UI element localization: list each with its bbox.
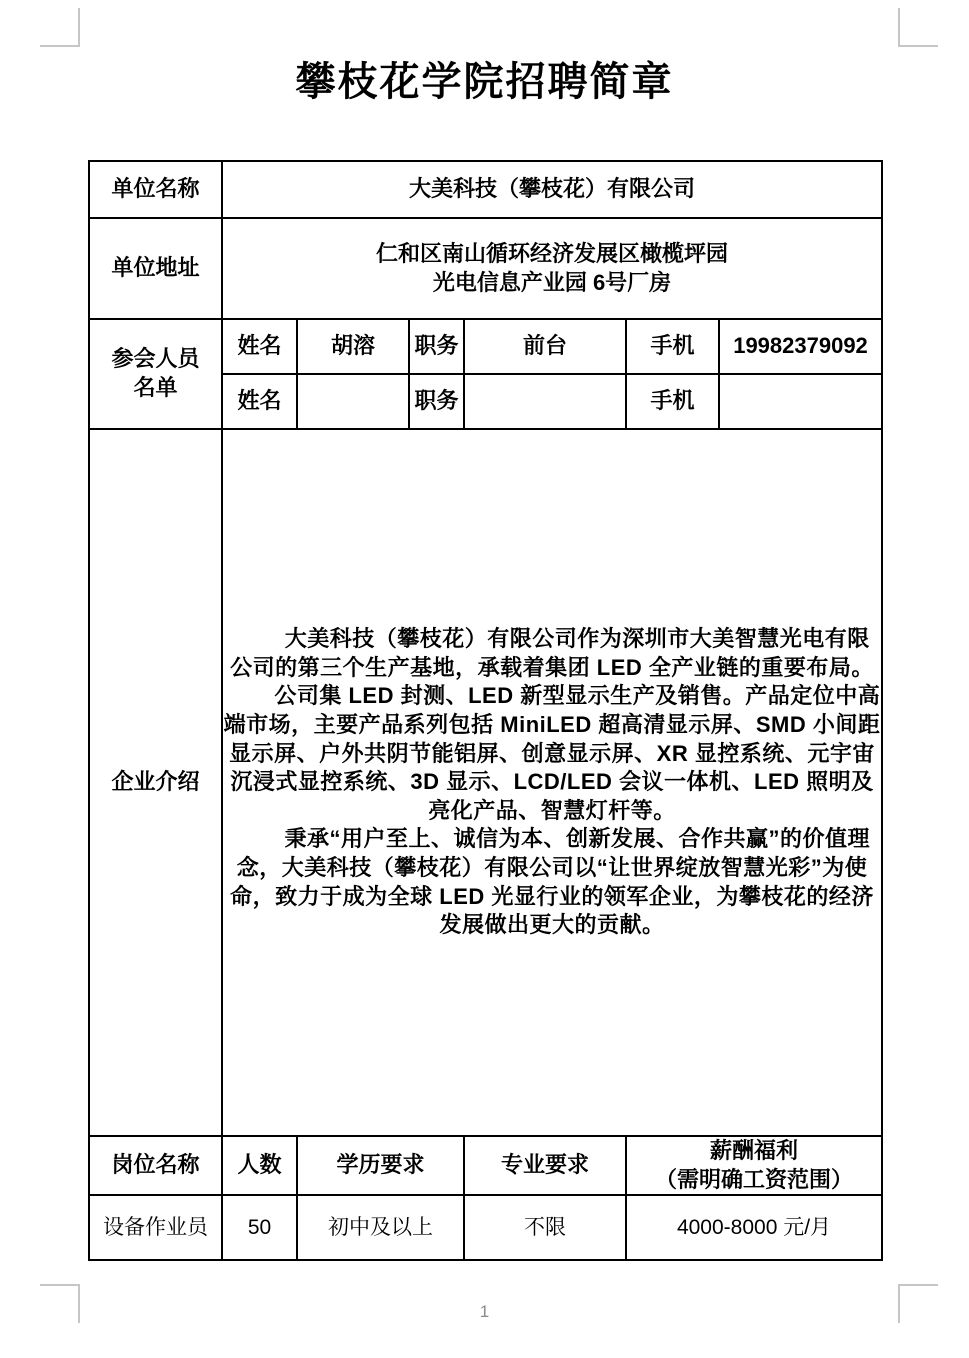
company-intro-paragraph: 秉承“用户至上、诚信为本、创新发展、合作共赢”的价值理念，大美科技（攀枝花）有限… bbox=[223, 825, 881, 939]
unit-address-row: 单位地址 仁和区南山循环经济发展区橄榄坪园 光电信息产业园 6号厂房 bbox=[89, 218, 882, 319]
unit-name-value: 大美科技（攀枝花）有限公司 bbox=[222, 161, 882, 218]
job-salary-header-line-2: （需明确工资范围） bbox=[627, 1166, 881, 1195]
company-intro-paragraph: 大美科技（攀枝花）有限公司作为深圳市大美智慧光电有限公司的第三个生产基地，承载着… bbox=[223, 625, 881, 682]
unit-name-label: 单位名称 bbox=[89, 161, 222, 218]
phone-label-cell: 手机 bbox=[626, 374, 719, 429]
job-count-value: 50 bbox=[222, 1195, 297, 1260]
unit-address-label: 单位地址 bbox=[89, 218, 222, 319]
job-position-value: 设备作业员 bbox=[89, 1195, 222, 1260]
job-header-row: 岗位名称 人数 学历要求 专业要求 薪酬福利 （需明确工资范围） bbox=[89, 1136, 882, 1195]
job-salary-header-line-1: 薪酬福利 bbox=[627, 1137, 881, 1166]
page-title: 攀枝花学院招聘简章 bbox=[0, 50, 969, 107]
document-page: 攀枝花学院招聘简章 单位名称 大美科技（攀枝花）有限公司 单位地址 仁和区南山循… bbox=[0, 0, 969, 1358]
job-position-header: 岗位名称 bbox=[89, 1136, 222, 1195]
participants-label-line-1: 参会人员 bbox=[90, 345, 221, 374]
job-major-value: 不限 bbox=[464, 1195, 626, 1260]
name-value-cell: 胡溶 bbox=[297, 319, 409, 374]
company-intro-text: 大美科技（攀枝花）有限公司作为深圳市大美智慧光电有限公司的第三个生产基地，承载着… bbox=[222, 429, 882, 1136]
company-intro-paragraph: 公司集 LED 封测、LED 新型显示生产及销售。产品定位中高端市场，主要产品系… bbox=[223, 682, 881, 825]
phone-value-cell bbox=[719, 374, 882, 429]
job-count-header: 人数 bbox=[222, 1136, 297, 1195]
crop-mark-top-right bbox=[898, 8, 938, 47]
job-salary-value: 4000-8000 元/月 bbox=[626, 1195, 882, 1260]
duty-value-cell bbox=[464, 374, 626, 429]
participants-label-cell: 参会人员 名单 bbox=[89, 319, 222, 429]
job-salary-header: 薪酬福利 （需明确工资范围） bbox=[626, 1136, 882, 1195]
job-data-row: 设备作业员 50 初中及以上 不限 4000-8000 元/月 bbox=[89, 1195, 882, 1260]
recruitment-form-table: 单位名称 大美科技（攀枝花）有限公司 单位地址 仁和区南山循环经济发展区橄榄坪园… bbox=[88, 160, 883, 1261]
unit-address-value: 仁和区南山循环经济发展区橄榄坪园 光电信息产业园 6号厂房 bbox=[222, 218, 882, 319]
company-intro-row: 企业介绍 大美科技（攀枝花）有限公司作为深圳市大美智慧光电有限公司的第三个生产基… bbox=[89, 429, 882, 1136]
crop-mark-top-left bbox=[40, 8, 80, 47]
name-label-cell: 姓名 bbox=[222, 374, 297, 429]
phone-label-cell: 手机 bbox=[626, 319, 719, 374]
duty-label-cell: 职务 bbox=[409, 319, 464, 374]
page-number: 1 bbox=[0, 1302, 969, 1322]
name-value-cell bbox=[297, 374, 409, 429]
unit-name-row: 单位名称 大美科技（攀枝花）有限公司 bbox=[89, 161, 882, 218]
job-education-value: 初中及以上 bbox=[297, 1195, 464, 1260]
job-education-header: 学历要求 bbox=[297, 1136, 464, 1195]
participants-label-line-2: 名单 bbox=[90, 374, 221, 403]
duty-label-cell: 职务 bbox=[409, 374, 464, 429]
company-intro-label: 企业介绍 bbox=[89, 429, 222, 1136]
address-line-1: 仁和区南山循环经济发展区橄榄坪园 bbox=[223, 240, 881, 269]
phone-value-cell: 19982379092 bbox=[719, 319, 882, 374]
name-label-cell: 姓名 bbox=[222, 319, 297, 374]
address-line-2: 光电信息产业园 6号厂房 bbox=[223, 269, 881, 298]
duty-value-cell: 前台 bbox=[464, 319, 626, 374]
job-major-header: 专业要求 bbox=[464, 1136, 626, 1195]
participant-row: 参会人员 名单 姓名 胡溶 职务 前台 手机 19982379092 bbox=[89, 319, 882, 374]
